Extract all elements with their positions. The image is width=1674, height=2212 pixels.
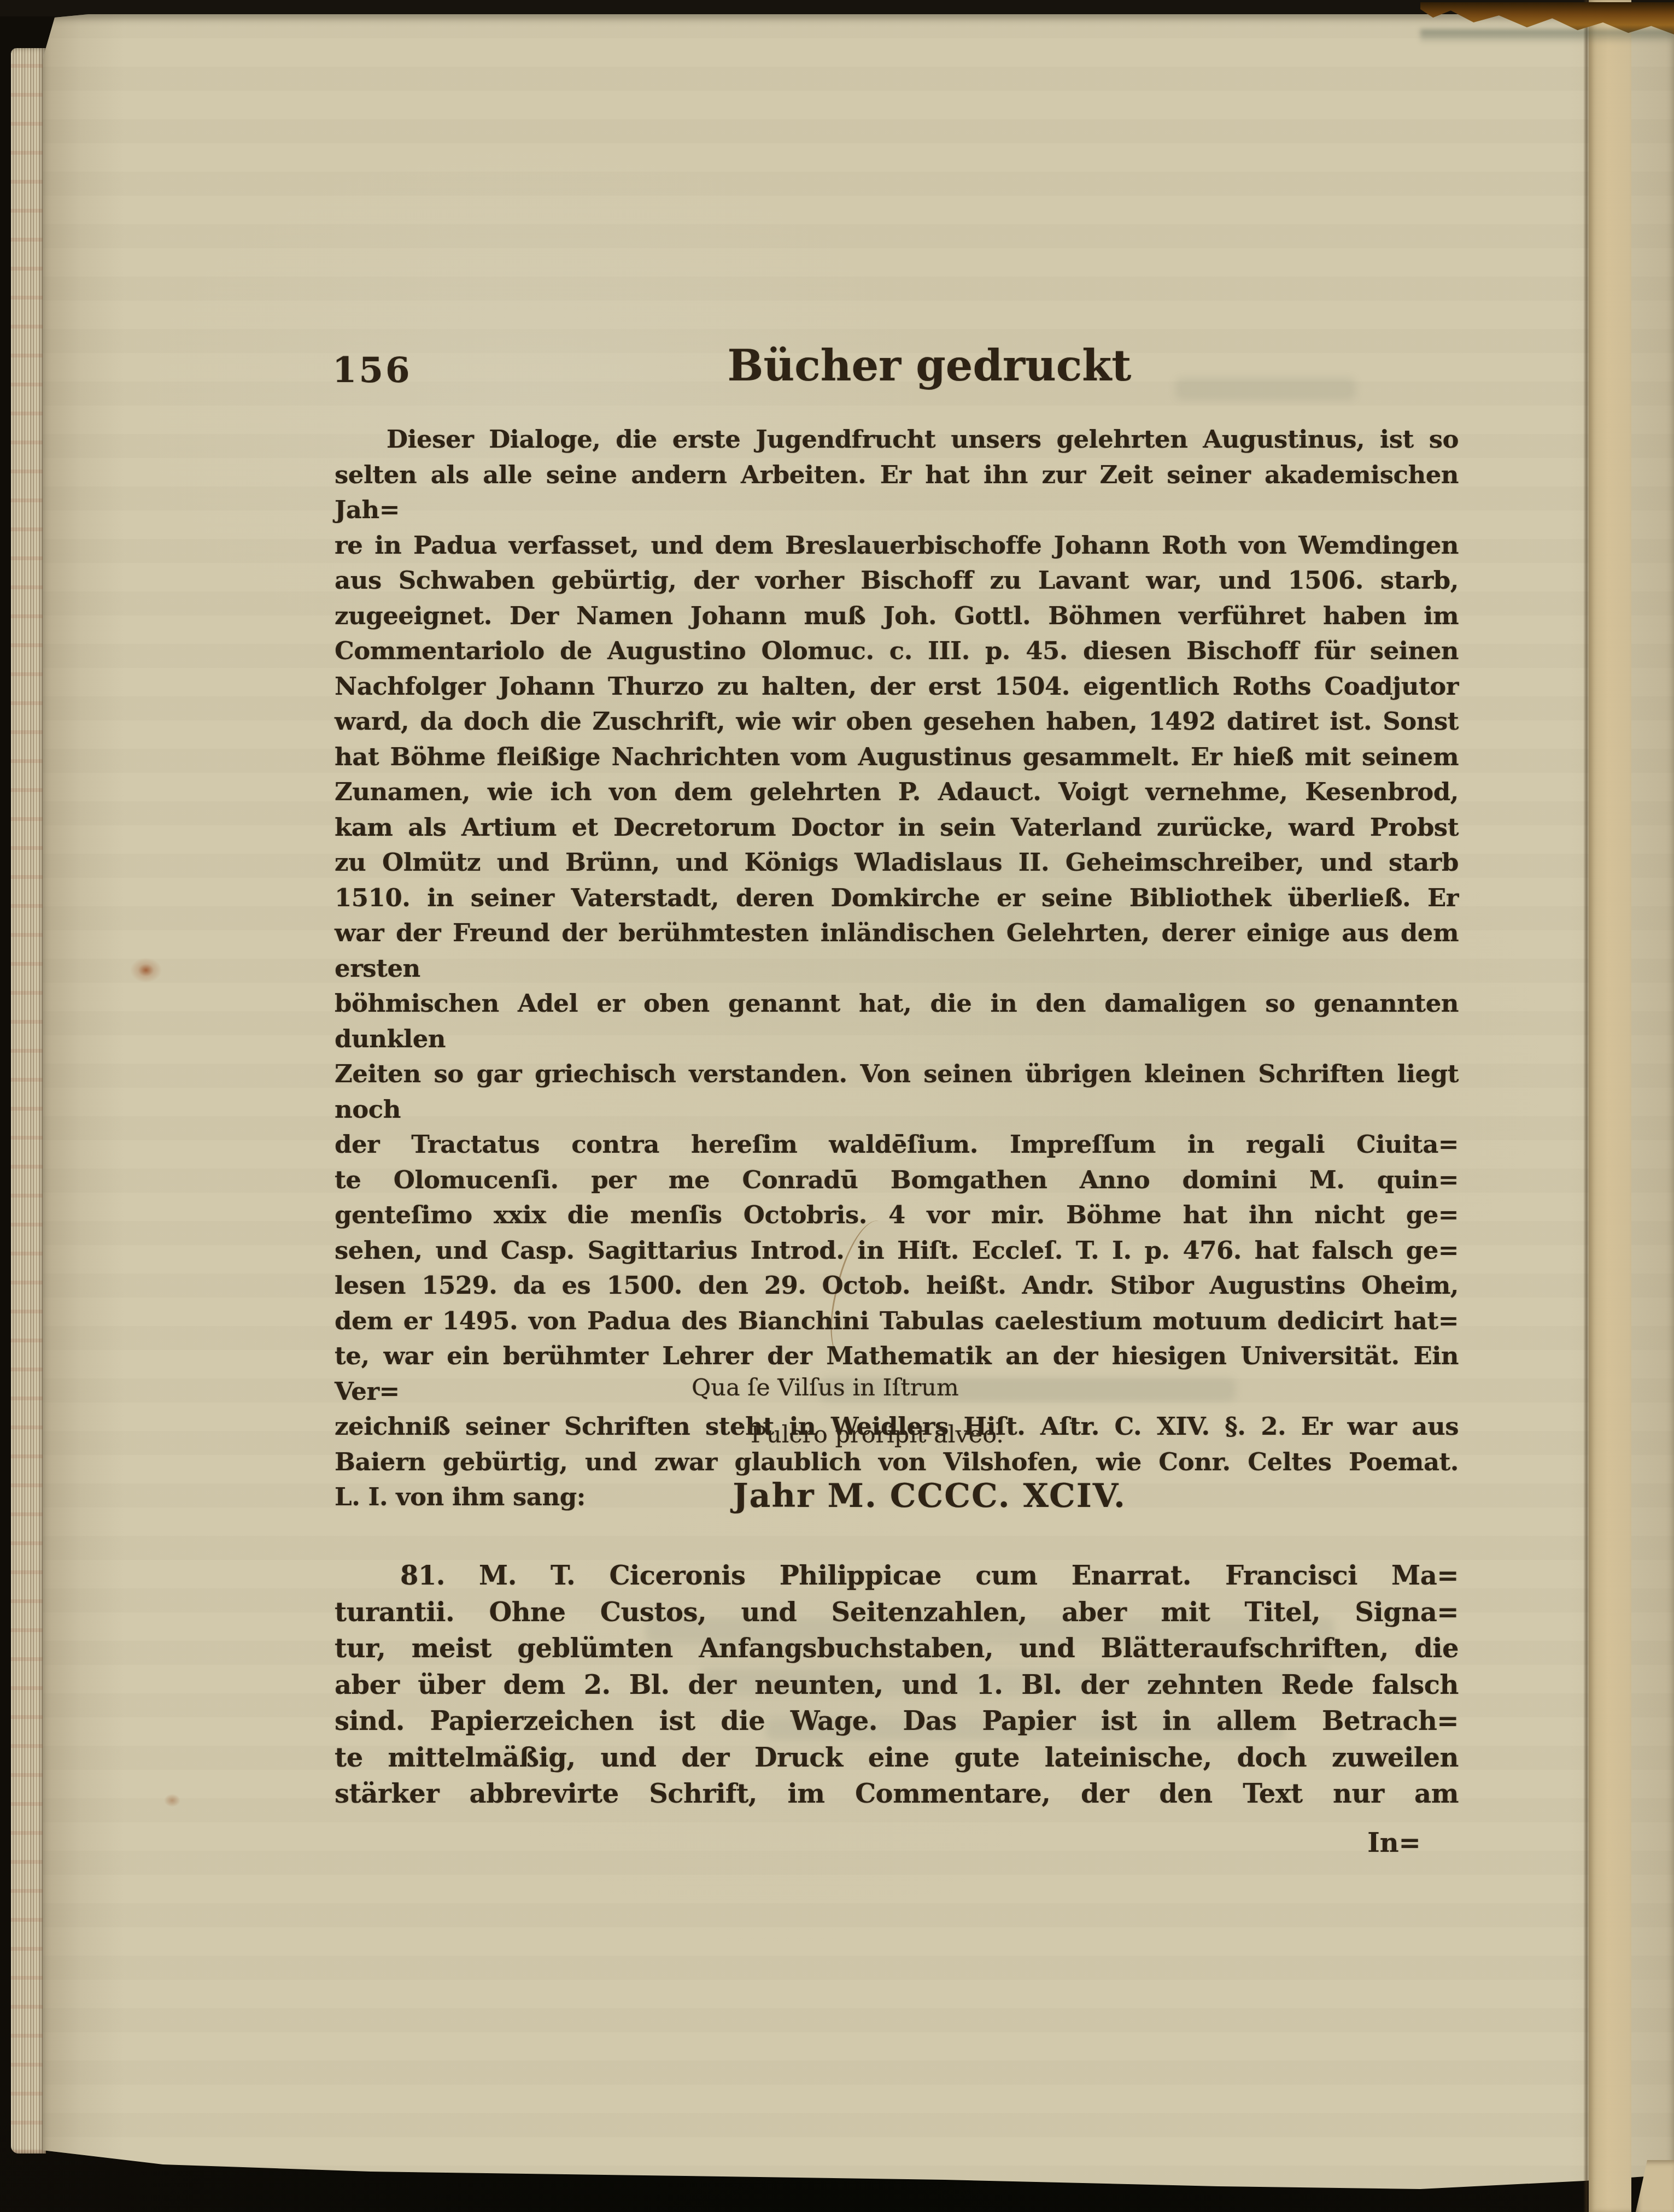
text-line: Pulcro proripit alveo. — [751, 1411, 1205, 1458]
leather-binding-shadow — [1420, 30, 1674, 44]
text-line: war der Freund der berühmtesten inländis… — [335, 916, 1459, 986]
running-title: Bücher gedruckt — [629, 341, 1230, 391]
text-line: Qua ſe Vilſus in Iſtrum — [692, 1364, 1205, 1411]
text-line: turantii. Ohne Custos, und Seitenzahlen,… — [335, 1594, 1459, 1631]
text-line: der Tractatus contra hereſim waldēſium. … — [335, 1127, 1459, 1163]
latin-verse: Qua ſe Vilſus in IſtrumPulcro proripit a… — [692, 1364, 1205, 1458]
text-line: Commentariolo de Augustino Olomuc. c. II… — [335, 633, 1459, 669]
paragraph-entry-81: 81. M. T. Ciceronis Philippicae cum Enar… — [335, 1558, 1459, 1812]
text-line: selten als alle seine andern Arbeiten. E… — [335, 457, 1459, 528]
book-scan-page: 156 Bücher gedruckt Dieser Dialoge, die … — [0, 0, 1674, 2212]
foxing-spot — [130, 958, 162, 983]
text-line: kam als Artium et Decretorum Doctor in s… — [335, 810, 1459, 846]
text-line: dem er 1495. von Padua des Bianchini Tab… — [335, 1304, 1459, 1339]
text-line: tur, meist geblümten Anfangsbuchstaben, … — [335, 1630, 1459, 1667]
text-line: zu Olmütz und Brünn, und Königs Wladisla… — [335, 845, 1459, 881]
text-line: te Olomucenſi. per me Conradū Bomgathen … — [335, 1163, 1459, 1198]
gutter-crease — [1583, 0, 1589, 2212]
book-page-edges — [11, 48, 46, 2154]
text-line: böhmischen Adel er oben genannt hat, die… — [335, 986, 1459, 1057]
text-line: zugeeignet. Der Namen Johann muß Joh. Go… — [335, 599, 1459, 634]
text-line: aber über dem 2. Bl. der neunten, und 1.… — [335, 1667, 1459, 1704]
catchword: In= — [1334, 1828, 1454, 1858]
text-line: re in Padua verfasset, und dem Breslauer… — [335, 528, 1459, 564]
text-line: ward, da doch die Zuschrift, wie wir obe… — [335, 704, 1459, 740]
foxing-spot — [164, 1794, 180, 1807]
text-line: lesen 1529. da es 1500. den 29. Octob. h… — [335, 1268, 1459, 1304]
text-line: 81. M. T. Ciceronis Philippicae cum Enar… — [335, 1558, 1459, 1594]
text-line: Nachfolger Johann Thurzo zu halten, der … — [335, 669, 1459, 705]
text-line: Zeiten so gar griechisch verstanden. Von… — [335, 1057, 1459, 1127]
text-line: 1510. in seiner Vaterstadt, deren Domkir… — [335, 881, 1459, 916]
text-line: te mittelmäßig, und der Druck eine gute … — [335, 1740, 1459, 1776]
adjacent-page-strip — [1589, 0, 1631, 2212]
year-section-heading: Jahr M. CCCC. XCIV. — [629, 1477, 1230, 1515]
text-line: sehen, und Casp. Sagittarius Introd. in … — [335, 1233, 1459, 1269]
text-line: Dieser Dialoge, die erste Jugendfrucht u… — [335, 422, 1459, 457]
text-line: genteſimo xxix die menſis Octobris. 4 vo… — [335, 1198, 1459, 1233]
text-line: hat Böhme fleißige Nachrichten vom Augus… — [335, 740, 1459, 775]
text-line: sind. Papierzeichen ist die Wage. Das Pa… — [335, 1703, 1459, 1740]
text-line: aus Schwaben gebürtig, der vorher Bischo… — [335, 563, 1459, 599]
text-line: Zunamen, wie ich von dem gelehrten P. Ad… — [335, 775, 1459, 810]
text-line: stärker abbrevirte Schrift, im Commentar… — [335, 1776, 1459, 1812]
page-number: 156 — [332, 350, 412, 391]
paragraph-augustinus-note: Dieser Dialoge, die erste Jugendfrucht u… — [335, 422, 1459, 1515]
